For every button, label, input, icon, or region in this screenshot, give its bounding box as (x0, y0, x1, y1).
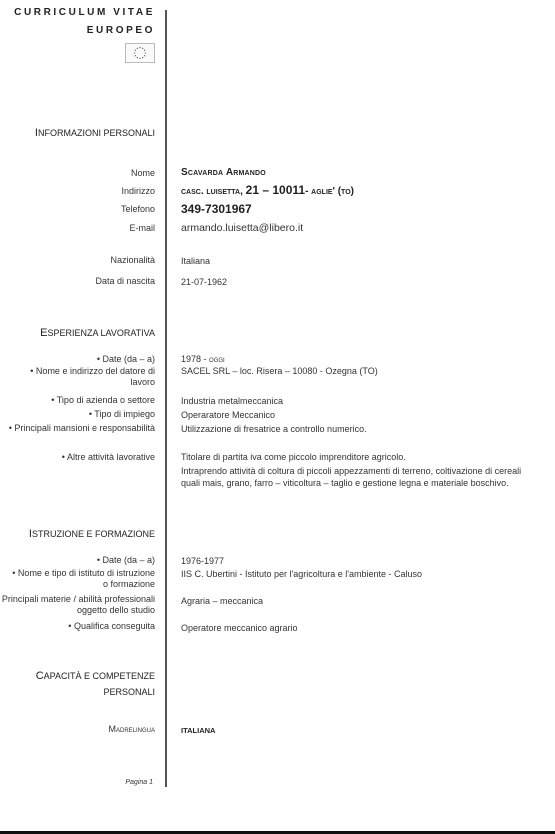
label-edu-date: • Date (da – a) (0, 555, 155, 566)
section-heading-personal: INFORMAZIONI PERSONALI (35, 125, 155, 141)
value-exp-sector: Industria metalmeccanica (181, 395, 541, 407)
label-indirizzo: Indirizzo (0, 186, 155, 197)
value-telefono: 349-7301967 (181, 203, 541, 215)
value-exp-other-line1: Titolare di partita iva come piccolo imp… (181, 451, 541, 463)
section-heading-education: ISTRUZIONE E FORMAZIONE (29, 526, 155, 542)
value-email[interactable]: armando.luisetta@libero.it (181, 222, 541, 234)
value-edu-date: 1976-1977 (181, 555, 541, 567)
label-edu-subjects: • Principali materie / abilità professio… (0, 594, 155, 616)
value-exp-employer: SACEL SRL – loc. Risera – 10080 - Ozegna… (181, 365, 541, 377)
label-exp-other: • Altre attività lavorative (0, 452, 155, 463)
value-exp-type: Operaratore Meccanico (181, 409, 541, 421)
value-edu-subjects: Agraria – meccanica (181, 595, 541, 607)
label-exp-date: • Date (da – a) (0, 354, 155, 365)
label-email: E-mail (0, 223, 155, 234)
cv-page: CURRICULUM VITAE EUROPEO INFORMAZIONI PE… (0, 0, 555, 834)
label-exp-duties: • Principali mansioni e responsabilità (0, 423, 155, 434)
value-edu-institute: IIS C. Ubertini - Istituto per l'agricol… (181, 568, 541, 580)
label-nome: Nome (0, 168, 155, 179)
value-exp-other-line2: Intraprendo attività di coltura di picco… (181, 465, 536, 489)
label-telefono: Telefono (0, 204, 155, 215)
column-divider (165, 10, 167, 787)
cv-title-line1: CURRICULUM VITAE (14, 7, 155, 18)
label-exp-employer: • Nome e indirizzo del datore di lavoro (20, 366, 155, 388)
label-data-nascita: Data di nascita (0, 276, 155, 287)
label-edu-qualification: • Qualifica conseguita (0, 621, 155, 632)
value-nazionalita: Italiana (181, 255, 541, 267)
value-nome: Scavarda Armando (181, 167, 541, 179)
page-number: Pagina 1 (125, 779, 153, 786)
value-mother-tongue: ITALIANA (181, 725, 541, 737)
eu-flag-icon (125, 43, 155, 63)
section-heading-experience: ESPERIENZA LAVORATIVA (40, 325, 155, 341)
label-nazionalita: Nazionalità (0, 255, 155, 266)
value-edu-qualification: Operatore meccanico agrario (181, 622, 541, 634)
value-indirizzo: casc. luisetta, 21 – 10011- aglie' (to) (181, 184, 541, 198)
section-heading-skills: CAPACITÀ E COMPETENZE PERSONALI (36, 668, 155, 700)
label-exp-type: • Tipo di impiego (0, 409, 155, 420)
label-mother-tongue: Madrelingua (0, 724, 155, 735)
value-exp-duties: Utilizzazione di fresatrice a controllo … (181, 423, 541, 435)
label-edu-institute: • Nome e tipo di istituto di istruzione … (10, 568, 155, 590)
value-data-nascita: 21-07-1962 (181, 276, 541, 288)
label-exp-sector: • Tipo di azienda o settore (0, 395, 155, 406)
cv-title-line2: EUROPEO (87, 25, 155, 36)
